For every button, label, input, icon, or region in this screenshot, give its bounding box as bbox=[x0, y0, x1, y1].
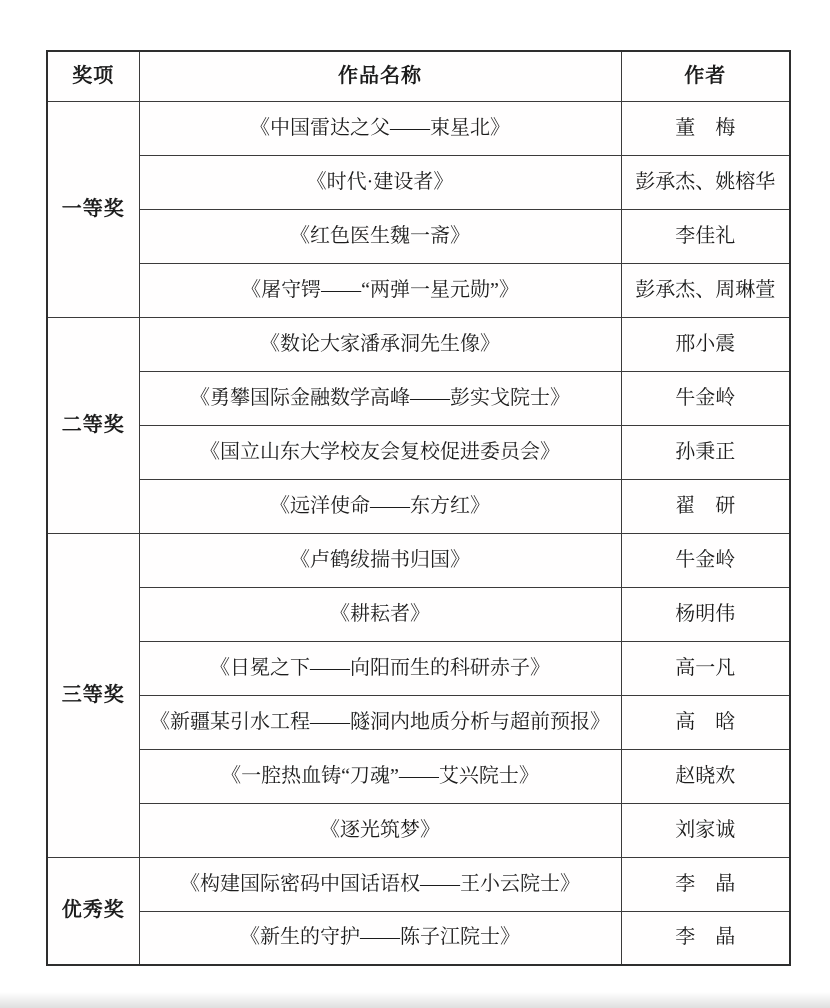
work-title-cell: 《日冕之下——向阳而生的科研赤子》 bbox=[139, 641, 621, 695]
header-author: 作者 bbox=[621, 51, 790, 101]
author-cell: 牛金岭 bbox=[621, 371, 790, 425]
table-header: 奖项 作品名称 作者 bbox=[47, 51, 790, 101]
work-title-cell: 《屠守锷——“两弹一星元勋”》 bbox=[139, 263, 621, 317]
table-row: 二等奖《数论大家潘承洞先生像》邢小震 bbox=[47, 317, 790, 371]
work-title-cell: 《一腔热血铸“刀魂”——艾兴院士》 bbox=[139, 749, 621, 803]
header-row: 奖项 作品名称 作者 bbox=[47, 51, 790, 101]
table-row: 《耕耘者》杨明伟 bbox=[47, 587, 790, 641]
table-row: 《时代·建设者》彭承杰、姚榕华 bbox=[47, 155, 790, 209]
table-row: 《国立山东大学校友会复校促进委员会》孙秉正 bbox=[47, 425, 790, 479]
page-bottom-shadow bbox=[0, 992, 830, 1008]
work-title-cell: 《远洋使命——东方红》 bbox=[139, 479, 621, 533]
table-row: 《逐光筑梦》刘家诚 bbox=[47, 803, 790, 857]
work-title-cell: 《红色医生魏一斋》 bbox=[139, 209, 621, 263]
header-title: 作品名称 bbox=[139, 51, 621, 101]
award-group-label: 二等奖 bbox=[47, 317, 139, 533]
work-title-cell: 《数论大家潘承洞先生像》 bbox=[139, 317, 621, 371]
work-title-cell: 《构建国际密码中国话语权——王小云院士》 bbox=[139, 857, 621, 911]
awards-table: 奖项 作品名称 作者 一等奖《中国雷达之父——束星北》董 梅《时代·建设者》彭承… bbox=[46, 50, 791, 966]
author-cell: 牛金岭 bbox=[621, 533, 790, 587]
award-group-label: 优秀奖 bbox=[47, 857, 139, 965]
table-row: 《远洋使命——东方红》翟 研 bbox=[47, 479, 790, 533]
author-cell: 孙秉正 bbox=[621, 425, 790, 479]
author-cell: 彭承杰、姚榕华 bbox=[621, 155, 790, 209]
author-cell: 高一凡 bbox=[621, 641, 790, 695]
award-group-label: 三等奖 bbox=[47, 533, 139, 857]
table-row: 《新生的守护——陈子江院士》李 晶 bbox=[47, 911, 790, 965]
header-award: 奖项 bbox=[47, 51, 139, 101]
table-row: 《日冕之下——向阳而生的科研赤子》高一凡 bbox=[47, 641, 790, 695]
author-cell: 李佳礼 bbox=[621, 209, 790, 263]
work-title-cell: 《卢鹤绂揣书归国》 bbox=[139, 533, 621, 587]
author-cell: 李 晶 bbox=[621, 911, 790, 965]
author-cell: 邢小震 bbox=[621, 317, 790, 371]
author-cell: 彭承杰、周琳萱 bbox=[621, 263, 790, 317]
author-cell: 刘家诚 bbox=[621, 803, 790, 857]
author-cell: 董 梅 bbox=[621, 101, 790, 155]
table-row: 《一腔热血铸“刀魂”——艾兴院士》赵晓欢 bbox=[47, 749, 790, 803]
author-cell: 高 晗 bbox=[621, 695, 790, 749]
work-title-cell: 《国立山东大学校友会复校促进委员会》 bbox=[139, 425, 621, 479]
author-cell: 翟 研 bbox=[621, 479, 790, 533]
award-group-label: 一等奖 bbox=[47, 101, 139, 317]
work-title-cell: 《时代·建设者》 bbox=[139, 155, 621, 209]
author-cell: 杨明伟 bbox=[621, 587, 790, 641]
table-row: 《红色医生魏一斋》李佳礼 bbox=[47, 209, 790, 263]
work-title-cell: 《中国雷达之父——束星北》 bbox=[139, 101, 621, 155]
author-cell: 李 晶 bbox=[621, 857, 790, 911]
table-row: 《屠守锷——“两弹一星元勋”》彭承杰、周琳萱 bbox=[47, 263, 790, 317]
table-row: 优秀奖《构建国际密码中国话语权——王小云院士》李 晶 bbox=[47, 857, 790, 911]
table-row: 一等奖《中国雷达之父——束星北》董 梅 bbox=[47, 101, 790, 155]
table-body: 一等奖《中国雷达之父——束星北》董 梅《时代·建设者》彭承杰、姚榕华《红色医生魏… bbox=[47, 101, 790, 965]
work-title-cell: 《勇攀国际金融数学高峰——彭实戈院士》 bbox=[139, 371, 621, 425]
work-title-cell: 《耕耘者》 bbox=[139, 587, 621, 641]
author-cell: 赵晓欢 bbox=[621, 749, 790, 803]
table-row: 《新疆某引水工程——隧洞内地质分析与超前预报》高 晗 bbox=[47, 695, 790, 749]
work-title-cell: 《新疆某引水工程——隧洞内地质分析与超前预报》 bbox=[139, 695, 621, 749]
work-title-cell: 《逐光筑梦》 bbox=[139, 803, 621, 857]
table-row: 《勇攀国际金融数学高峰——彭实戈院士》牛金岭 bbox=[47, 371, 790, 425]
work-title-cell: 《新生的守护——陈子江院士》 bbox=[139, 911, 621, 965]
table-row: 三等奖《卢鹤绂揣书归国》牛金岭 bbox=[47, 533, 790, 587]
